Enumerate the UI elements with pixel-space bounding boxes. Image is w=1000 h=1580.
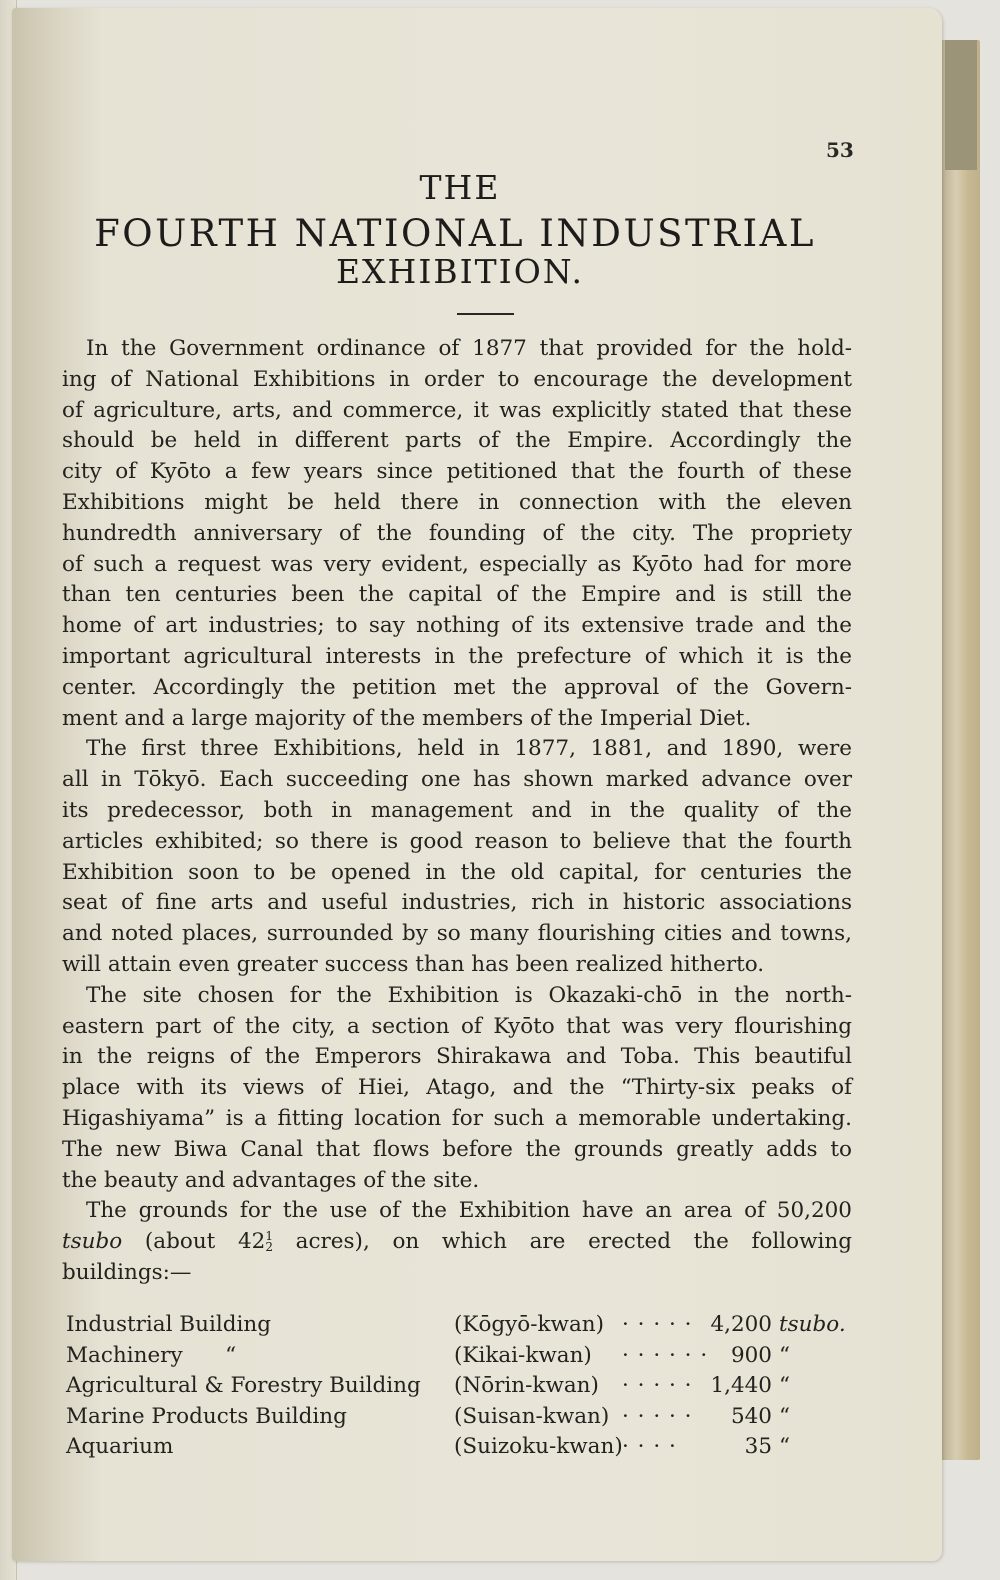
building-row: Agricultural & Forestry Building (Nōrin-…: [66, 1371, 856, 1402]
building-row: Marine Products Building (Suisan-kwan) ·…: [66, 1402, 856, 1433]
leader-dots: · · · ·: [622, 1432, 677, 1463]
building-unit: tsubo.: [779, 1310, 846, 1341]
title-rule-divider: [457, 313, 514, 315]
text-line: In the Government ordinance of 1877 that…: [62, 334, 852, 365]
building-japanese-name: (Suizoku-kwan): [454, 1432, 623, 1463]
text-line: buildings:—: [62, 1258, 852, 1289]
chapter-title-line-3: EXHIBITION.: [50, 252, 870, 291]
ditto-mark: “: [779, 1402, 790, 1433]
page-number: 53: [826, 138, 854, 162]
chapter-title-line-2: FOURTH NATIONAL INDUSTRIAL: [60, 212, 850, 255]
leader-dots: · · · · ·: [622, 1402, 693, 1433]
body-text: In the Government ordinance of 1877 that…: [62, 334, 852, 1289]
text-line: articles exhibited; so there is good rea…: [62, 827, 852, 858]
text-line: hundredth anniversary of the founding of…: [62, 519, 852, 550]
text-line: The site chosen for the Exhibition is Ok…: [62, 981, 852, 1012]
paragraph-3: The site chosen for the Exhibition is Ok…: [62, 981, 852, 1197]
one-half-fraction: 12: [265, 1231, 273, 1253]
paragraph-2: The first three Exhibitions, held in 187…: [62, 734, 852, 980]
paragraph-1: In the Government ordinance of 1877 that…: [62, 334, 852, 734]
text-line: its predecessor, both in management and …: [62, 796, 852, 827]
text-fragment: acres), on which are erected the followi…: [296, 1229, 852, 1254]
text-line: Exhibitions might be held there in conne…: [62, 488, 852, 519]
ditto-mark: “: [779, 1341, 790, 1372]
text-line: home of art industries; to say nothing o…: [62, 611, 852, 642]
paragraph-4: The grounds for the use of the Exhibitio…: [62, 1196, 852, 1288]
text-line: place with its views of Hiei, Atago, and…: [62, 1073, 852, 1104]
building-name: Agricultural & Forestry Building: [66, 1371, 421, 1402]
text-line: eastern part of the city, a section of K…: [62, 1012, 852, 1043]
text-line: ing of National Exhibitions in order to …: [62, 365, 852, 396]
fraction-denominator: 2: [265, 1242, 273, 1253]
ditto-mark: “: [183, 1341, 279, 1372]
text-line: should be held in different parts of the…: [62, 426, 852, 457]
building-row: Industrial Building (Kōgyō-kwan) · · · ·…: [66, 1310, 856, 1341]
text-line: seat of fine arts and useful industries,…: [62, 888, 852, 919]
buildings-list: Industrial Building (Kōgyō-kwan) · · · ·…: [66, 1310, 856, 1463]
text-line: The grounds for the use of the Exhibitio…: [62, 1196, 852, 1227]
text-line: the beauty and advantages of the site.: [62, 1166, 852, 1197]
text-line: all in Tōkyō. Each succeeding one has sh…: [62, 765, 852, 796]
text-line: of such a request was very evident, espe…: [62, 550, 852, 581]
building-name: Marine Products Building: [66, 1402, 347, 1433]
text-line: tsubo (about 4212 acres), on which are e…: [62, 1227, 852, 1258]
text-line: important agricultural interests in the …: [62, 642, 852, 673]
ditto-mark: “: [779, 1432, 790, 1463]
text-line: Higashiyama” is a fitting location for s…: [62, 1104, 852, 1135]
text-line: center. Accordingly the petition met the…: [62, 673, 852, 704]
building-name: Aquarium: [66, 1432, 173, 1463]
text-line: than ten centuries been the capital of t…: [62, 580, 852, 611]
text-line: and noted places, surrounded by so many …: [62, 919, 852, 950]
text-line: will attain even greater success than ha…: [62, 950, 852, 981]
chapter-title-line-1: THE: [50, 168, 870, 207]
text-line: of agriculture, arts, and commerce, it w…: [62, 396, 852, 427]
building-name: Industrial Building: [66, 1310, 356, 1341]
leader-dots: · · · · ·: [622, 1310, 693, 1341]
building-row: Machinery “ (Kikai-kwan) · · · · · · 900…: [66, 1341, 856, 1372]
book-cover-cloth: [945, 40, 977, 170]
text-line: The new Biwa Canal that flows before the…: [62, 1135, 852, 1166]
tsubo-unit: tsubo: [62, 1229, 122, 1254]
text-line: city of Kyōto a few years since petition…: [62, 457, 852, 488]
ditto-mark: “: [779, 1371, 790, 1402]
text-line: ment and a large majority of the members…: [62, 704, 852, 735]
book-page-stack: [940, 40, 980, 1460]
building-size: 1,440: [702, 1371, 772, 1402]
text-line: Exhibition soon to be opened in the old …: [62, 858, 852, 889]
building-japanese-name: (Kōgyō-kwan): [454, 1310, 604, 1341]
leader-dots: · · · · · ·: [622, 1341, 708, 1372]
building-size: 4,200: [702, 1310, 772, 1341]
building-size: 35: [702, 1432, 772, 1463]
building-japanese-name: (Nōrin-kwan): [454, 1371, 599, 1402]
text-fragment: (about 42: [145, 1229, 265, 1254]
building-japanese-name: (Kikai-kwan): [454, 1341, 592, 1372]
building-size: 540: [702, 1402, 772, 1433]
building-size: 900: [702, 1341, 772, 1372]
building-name: Machinery: [66, 1341, 183, 1372]
text-line: in the reigns of the Emperors Shirakawa …: [62, 1042, 852, 1073]
leader-dots: · · · · ·: [622, 1371, 693, 1402]
building-row: Aquarium (Suizoku-kwan) · · · · 35 “: [66, 1432, 856, 1463]
building-japanese-name: (Suisan-kwan): [454, 1402, 609, 1433]
text-line: The first three Exhibitions, held in 187…: [62, 734, 852, 765]
